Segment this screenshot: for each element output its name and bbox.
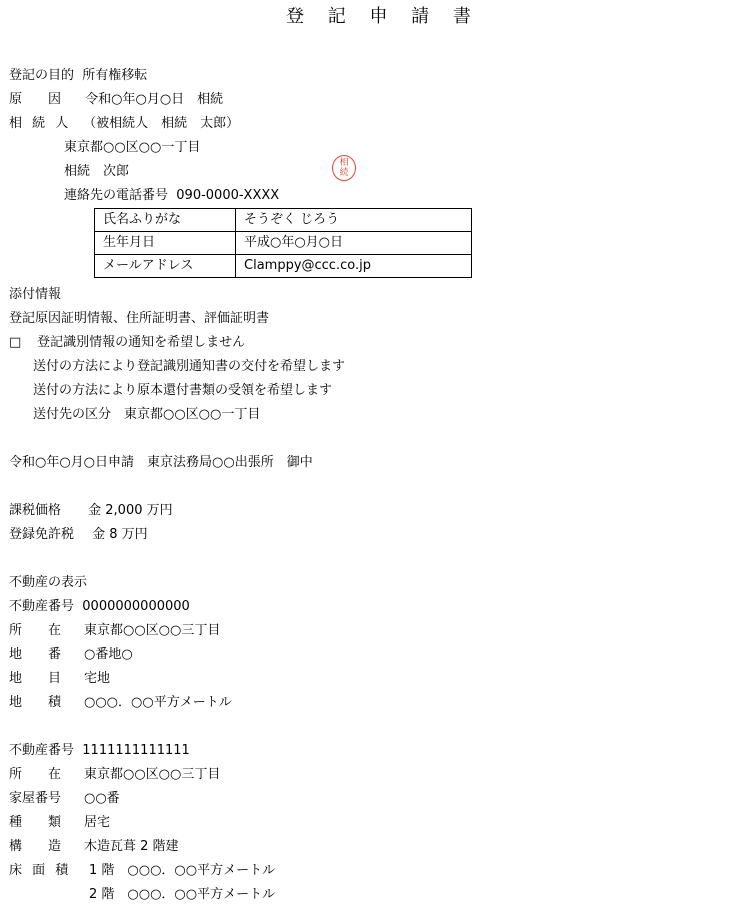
land-row: 所 在東京都○○区○○三丁目 [9,623,220,639]
option-no-notification: □ 登記識別情報の通知を希望しません [9,335,245,351]
table-key: 氏名ふりがな [95,209,236,232]
land-row-value: ○番地○ [84,647,133,662]
document-title: 登 記 申 請 書 [286,6,480,28]
land-row: 地 目宅地 [9,671,110,687]
table-value: そうぞく じろう [236,209,472,232]
floor-area-line: 床 面 積1 階 ○○○．○○平方メートル [9,863,275,879]
cause-value: 令和○年○月○日 相続 [85,92,223,107]
license-tax-line: 登録免許税 金 8 万円 [9,527,148,543]
table-row: メールアドレス Clamppy@ccc.co.jp [95,255,472,278]
option-destination: 送付先の区分 東京都○○区○○一丁目 [33,407,260,423]
license-tax-label: 登録免許税 [9,527,88,543]
heir-info-table: 氏名ふりがな そうぞく じろう 生年月日 平成○年○月○日 メールアドレス Cl… [94,208,472,278]
table-value: 平成○年○月○日 [236,232,472,255]
floor-area-value: 2 階 ○○○．○○平方メートル [89,887,275,903]
building-row-label: 構 造 [9,839,84,855]
building-row-label: 所 在 [9,767,84,783]
property-heading: 不動産の表示 [9,575,87,591]
land-number: 0000000000000 [82,599,190,614]
building-row: 所 在東京都○○区○○三丁目 [9,767,220,783]
cause-line: 原 因 令和○年○月○日 相続 [9,92,223,108]
land-row: 地 積○○○．○○平方メートル [9,695,232,711]
license-tax-value: 金 8 万円 [92,527,148,542]
building-row-value: 居宅 [84,815,110,830]
cause-label: 原 因 [9,92,81,108]
phone-line: 連絡先の電話番号 090-0000-XXXX [64,188,279,204]
building-row-value: 東京都○○区○○三丁目 [84,767,220,782]
purpose-line: 登記の目的 所有権移転 [9,68,147,84]
building-number: 1111111111111 [82,743,190,758]
seal-stamp-icon: 相続 [332,155,356,181]
land-row-label: 所 在 [9,623,84,639]
application-line: 令和○年○月○日申請 東京法務局○○出張所 御中 [9,455,313,471]
building-number-line: 不動産番号 1111111111111 [9,743,190,759]
option-label: 登記識別情報の通知を希望しません [37,335,245,350]
land-row-value: ○○○．○○平方メートル [84,695,232,710]
building-row: 種 類居宅 [9,815,110,831]
building-row-value: 木造瓦葺 2 階建 [84,839,179,854]
heir-address: 東京都○○区○○一丁目 [64,140,200,156]
building-row: 構 造木造瓦葺 2 階建 [9,839,179,855]
heir-line: 相 続 人 （被相続人 相続 太郎） [9,116,239,132]
land-row-label: 地 積 [9,695,84,711]
building-row-value: ○○番 [84,791,120,806]
floor-area-label: 床 面 積 [9,863,89,879]
tax-base-value: 金 2,000 万円 [88,503,172,518]
building-number-label: 不動産番号 [9,743,74,758]
purpose-label: 登記の目的 [9,68,74,83]
heir-label: 相 続 人 [9,116,79,132]
land-row-value: 宅地 [84,671,110,686]
table-value: Clamppy@ccc.co.jp [236,255,472,278]
option-mail-notification: 送付の方法により登記識別通知書の交付を希望します [33,359,345,375]
table-key: メールアドレス [95,255,236,278]
heir-name: 相続 次郎 [64,164,129,180]
option-mail-return: 送付の方法により原本還付書類の受領を希望します [33,383,332,399]
table-row: 生年月日 平成○年○月○日 [95,232,472,255]
building-row-label: 家屋番号 [9,791,84,807]
phone-label: 連絡先の電話番号 [64,188,168,203]
land-row-value: 東京都○○区○○三丁目 [84,623,220,638]
floor-area-value: 1 階 ○○○．○○平方メートル [89,863,275,878]
land-row-label: 地 目 [9,671,84,687]
land-row-label: 地 番 [9,647,84,663]
purpose-value: 所有権移転 [82,68,147,83]
land-number-label: 不動産番号 [9,599,74,614]
seal-text: 相続 [339,158,349,178]
tax-base-line: 課税価格 金 2,000 万円 [9,503,173,519]
land-row: 地 番○番地○ [9,647,133,663]
table-row: 氏名ふりがな そうぞく じろう [95,209,472,232]
table-key: 生年月日 [95,232,236,255]
decedent: （被相続人 相続 太郎） [83,116,239,131]
phone-value: 090-0000-XXXX [176,188,279,203]
building-row-label: 種 類 [9,815,84,831]
checkbox-icon[interactable]: □ [9,335,33,351]
tax-base-label: 課税価格 [9,503,84,519]
attachments-value: 登記原因証明情報、住所証明書、評価証明書 [9,311,269,327]
attachments-label: 添付情報 [9,287,61,303]
land-number-line: 不動産番号 0000000000000 [9,599,190,615]
building-row: 家屋番号○○番 [9,791,120,807]
